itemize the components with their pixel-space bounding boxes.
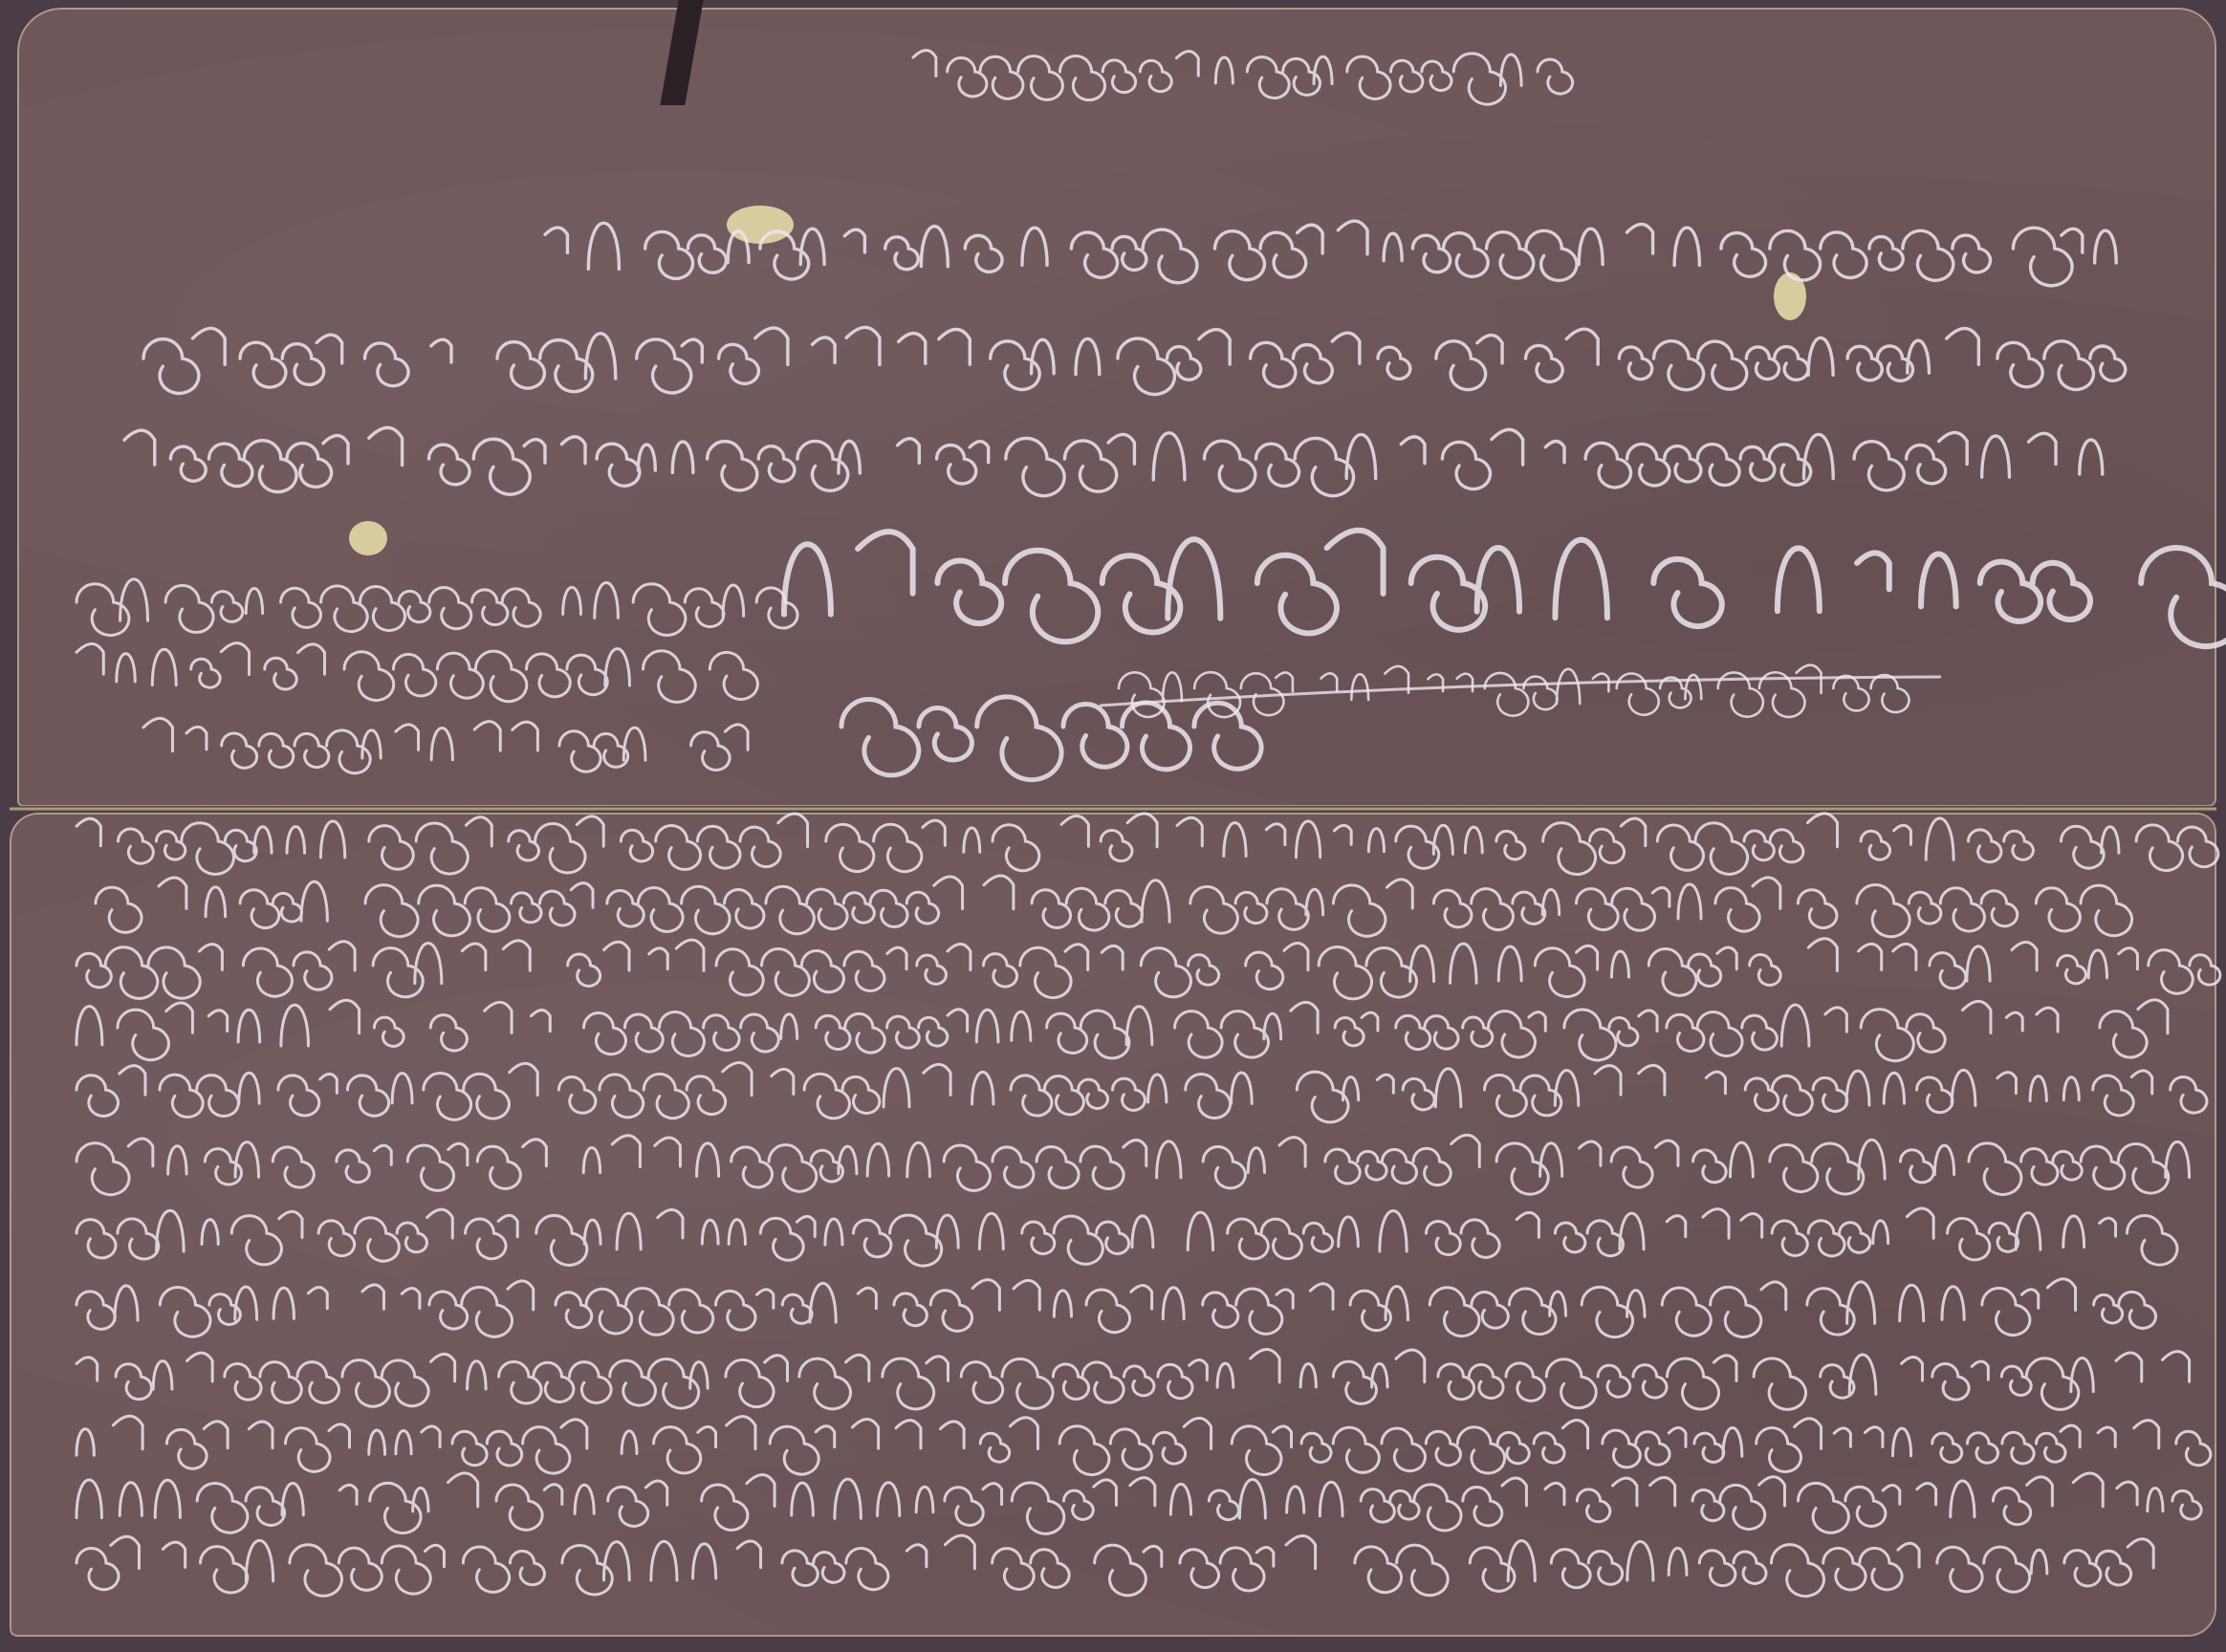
stain-2 bbox=[349, 521, 387, 555]
manuscript-lower-panel bbox=[10, 813, 2216, 1637]
stain-1 bbox=[727, 206, 794, 244]
manuscript-upper-panel bbox=[17, 8, 2216, 807]
fold-crease bbox=[10, 806, 2216, 812]
stain-3 bbox=[1774, 272, 1806, 320]
